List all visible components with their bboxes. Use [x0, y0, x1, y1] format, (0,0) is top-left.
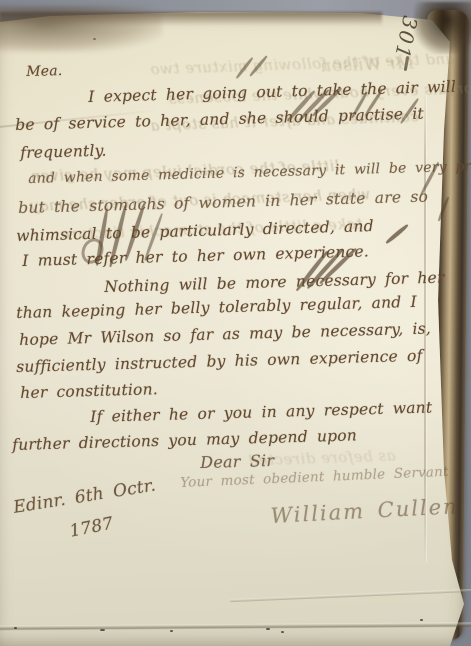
letter-line: frequently. — [20, 142, 107, 162]
manuscript-photo: 301 and take of the following mixture tw… — [0, 0, 471, 646]
letter-line: Mea. — [26, 63, 63, 80]
ink-speck — [14, 627, 17, 629]
paper-fleck — [93, 38, 96, 40]
ink-speck — [266, 628, 270, 630]
letter-line: her constitution. — [20, 380, 158, 402]
ink-speck — [281, 631, 284, 633]
top-right-corner-stain — [414, 2, 471, 54]
ink-speck — [420, 619, 423, 621]
ink-speck — [100, 629, 105, 631]
top-left-stain — [0, 6, 162, 52]
showthrough-script: Mr Wilson — [320, 53, 414, 76]
ink-speck — [170, 630, 173, 632]
closing-salutation: Dear Sir — [200, 451, 274, 472]
